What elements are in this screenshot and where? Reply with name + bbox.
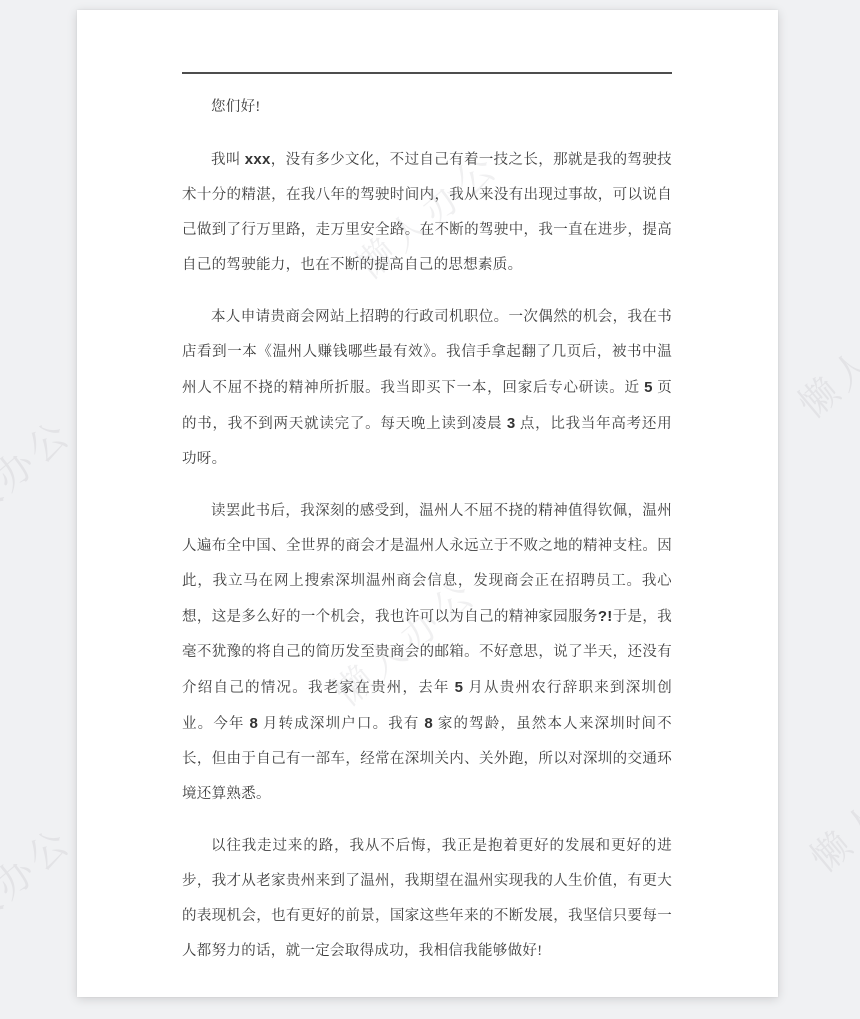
greeting-paragraph: 您们好! <box>182 90 672 125</box>
body-paragraph-1: 我叫 xxx，没有多少文化，不过自己有着一技之长，那就是我的驾驶技术十分的精湛，… <box>182 142 672 283</box>
watermark-text: 懒人办公 <box>784 276 860 429</box>
header-rule <box>182 72 672 74</box>
watermark-text: 懒人办公 <box>0 812 82 965</box>
watermark-text: 懒人办公 <box>0 404 82 557</box>
body-paragraph-4: 以往我走过来的路，我从不后悔，我正是抱着更好的发展和更好的进步，我才从老家贵州来… <box>182 829 672 969</box>
watermark-text: 懒人办公 <box>796 730 860 883</box>
document-content: 您们好! 我叫 xxx，没有多少文化，不过自己有着一技之长，那就是我的驾驶技术十… <box>77 72 778 969</box>
preview-canvas: 您们好! 我叫 xxx，没有多少文化，不过自己有着一技之长，那就是我的驾驶技术十… <box>0 0 860 1019</box>
body-paragraph-2: 本人申请贵商会网站上招聘的行政司机职位。一次偶然的机会，我在书店看到一本《温州人… <box>182 300 672 477</box>
body-paragraph-3: 读罢此书后，我深刻的感受到，温州人不屈不挠的精神值得钦佩，温州人遍布全中国、全世… <box>182 494 672 812</box>
document-page: 您们好! 我叫 xxx，没有多少文化，不过自己有着一技之长，那就是我的驾驶技术十… <box>77 10 778 997</box>
